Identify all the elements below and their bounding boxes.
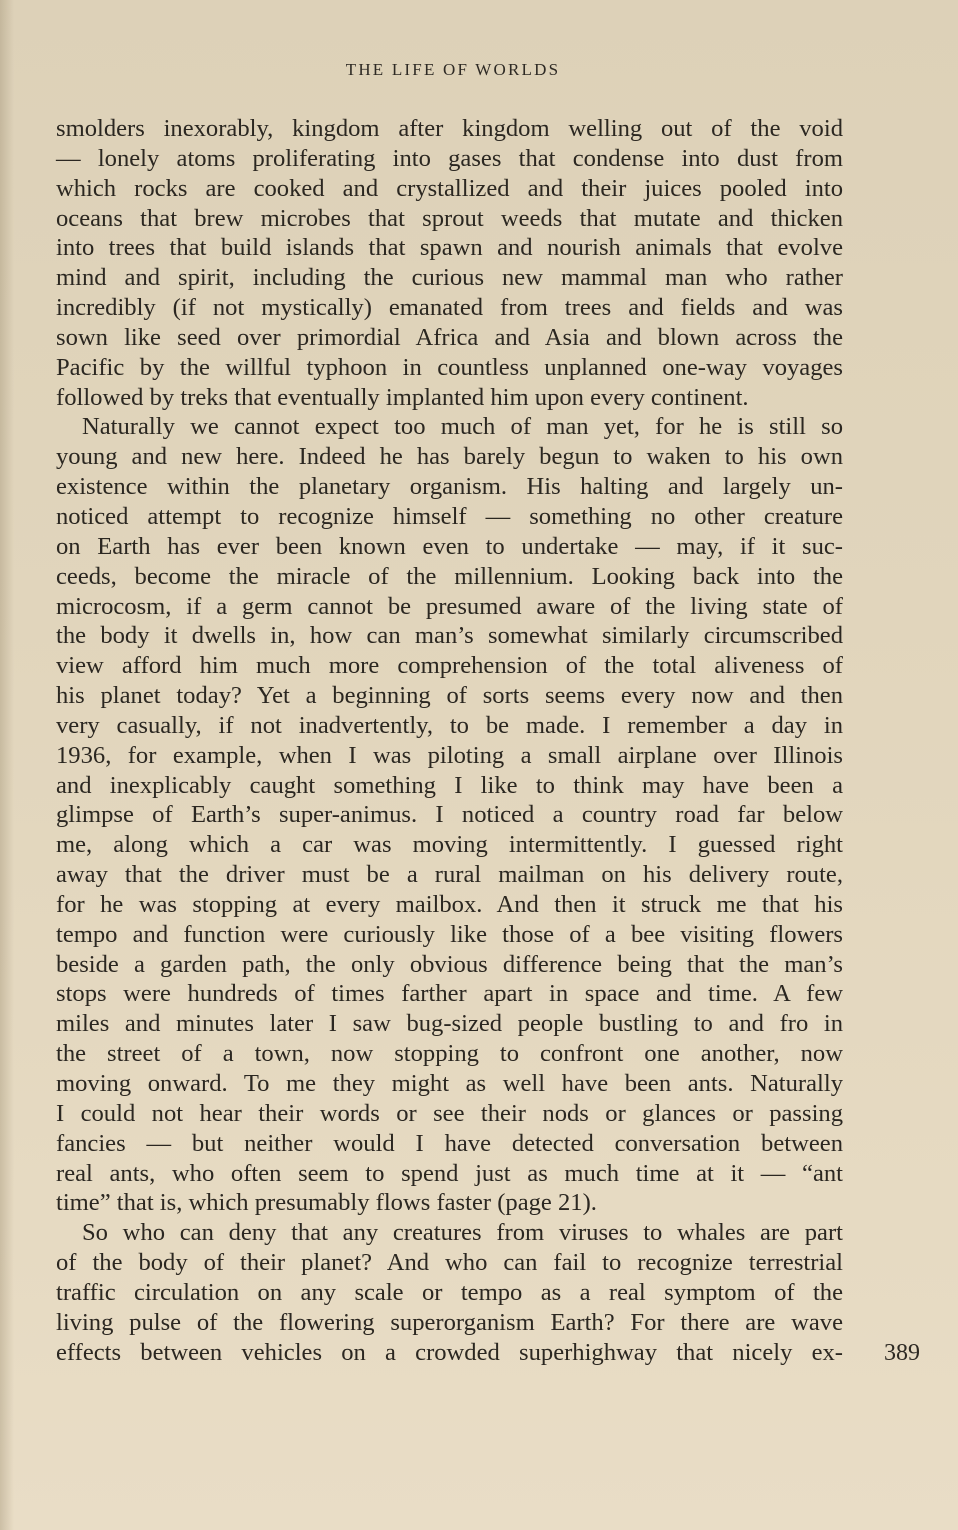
text-line: — lonely atoms proliferating into gases …: [56, 144, 843, 174]
text-line: moving onward. To me they might as well …: [56, 1069, 843, 1099]
text-line: ceeds, become the miracle of the millenn…: [56, 562, 843, 592]
text-line: of the body of their planet? And who can…: [56, 1248, 843, 1278]
text-line: his planet today? Yet a beginning of sor…: [56, 681, 843, 711]
text-line: very casually, if not inadvertently, to …: [56, 711, 843, 741]
text-line: incredibly (if not mystically) emanated …: [56, 293, 843, 323]
text-line: 1936, for example, when I was piloting a…: [56, 741, 843, 771]
page-number: 389: [884, 1340, 920, 1367]
text-line: stops were hundreds of times farther apa…: [56, 979, 843, 1009]
text-line: oceans that brew microbes that sprout we…: [56, 204, 843, 234]
text-line: followed by treks that eventually implan…: [56, 383, 843, 413]
text-line: away that the driver must be a rural mai…: [56, 860, 843, 890]
text-line: traffic circulation on any scale or temp…: [56, 1278, 843, 1308]
text-line: which rocks are cooked and crystallized …: [56, 174, 843, 204]
text-line: living pulse of the flowering superorgan…: [56, 1308, 843, 1338]
text-line: Naturally we cannot expect too much of m…: [56, 412, 843, 442]
page-gutter-shadow: [0, 0, 14, 1530]
text-line: miles and minutes later I saw bug-sized …: [56, 1009, 843, 1039]
text-line: the street of a town, now stopping to co…: [56, 1039, 843, 1069]
text-line: and inexplicably caught something I like…: [56, 771, 843, 801]
text-line: for he was stopping at every mailbox. An…: [56, 890, 843, 920]
text-line: fancies — but neither would I have detec…: [56, 1129, 843, 1159]
text-line: time” that is, which presumably flows fa…: [56, 1188, 843, 1218]
text-line: into trees that build islands that spawn…: [56, 233, 843, 263]
text-line: sown like seed over primordial Africa an…: [56, 323, 843, 353]
text-line: noticed attempt to recognize himself — s…: [56, 502, 843, 532]
text-line: glimpse of Earth’s super-animus. I notic…: [56, 800, 843, 830]
text-line: young and new here. Indeed he has barely…: [56, 442, 843, 472]
text-line: microcosm, if a germ cannot be presumed …: [56, 592, 843, 622]
text-line: view afford him much more comprehension …: [56, 651, 843, 681]
text-line: existence within the planetary organism.…: [56, 472, 843, 502]
text-line: real ants, who often seem to spend just …: [56, 1159, 843, 1189]
text-line: on Earth has ever been known even to und…: [56, 532, 843, 562]
text-line: tempo and function were curiously like t…: [56, 920, 843, 950]
text-line: the body it dwells in, how can man’s som…: [56, 621, 843, 651]
paragraph-3: So who can deny that any creatures from …: [56, 1218, 843, 1367]
paragraph-2: Naturally we cannot expect too much of m…: [56, 412, 843, 1218]
running-head: THE LIFE OF WORLDS: [0, 60, 906, 80]
body-text: smolders inexorably, kingdom after kingd…: [56, 114, 843, 1367]
text-line: me, along which a car was moving intermi…: [56, 830, 843, 860]
text-line: Pacific by the willful typhoon in countl…: [56, 353, 843, 383]
text-line: smolders inexorably, kingdom after kingd…: [56, 114, 843, 144]
text-line: mind and spirit, including the curious n…: [56, 263, 843, 293]
text-line: beside a garden path, the only obvious d…: [56, 950, 843, 980]
text-line: So who can deny that any creatures from …: [56, 1218, 843, 1248]
text-line: I could not hear their words or see thei…: [56, 1099, 843, 1129]
paragraph-1: smolders inexorably, kingdom after kingd…: [56, 114, 843, 412]
text-line: effects between vehicles on a crowded su…: [56, 1338, 843, 1368]
